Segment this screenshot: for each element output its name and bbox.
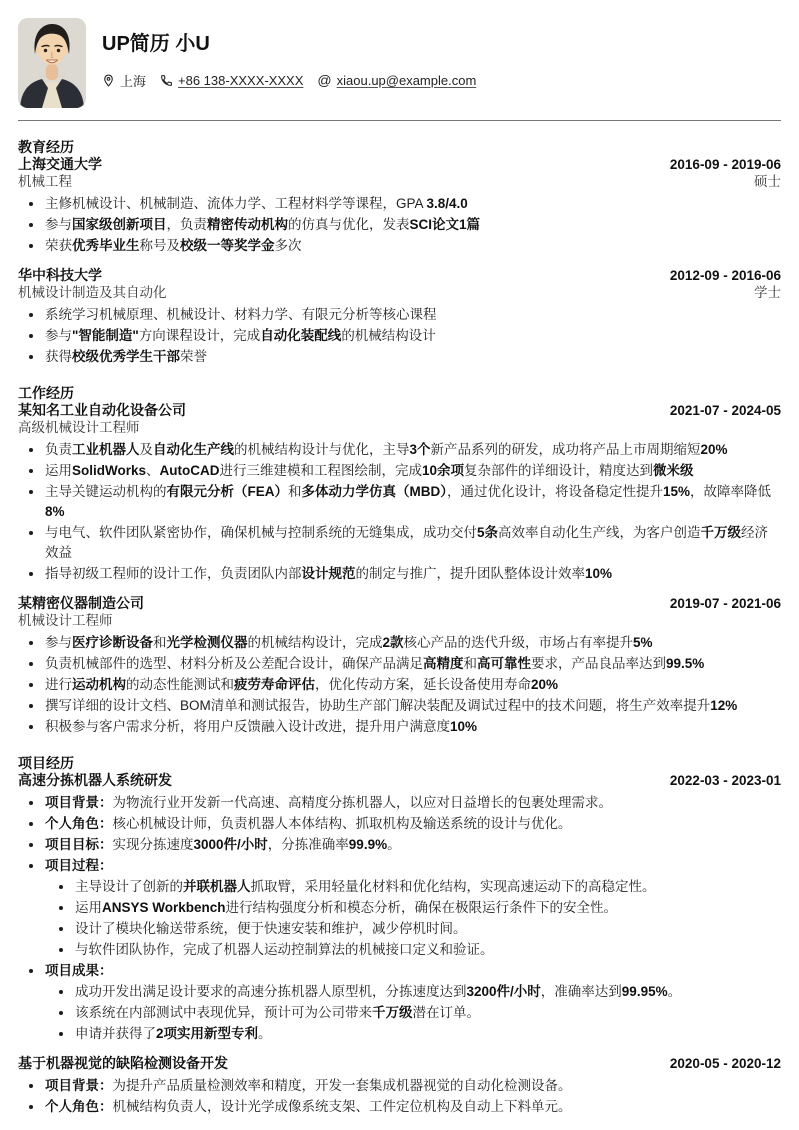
- bullet-item: 与电气、软件团队紧密协作，确保机械与控制系统的无缝集成，成功交付5条高效率自动化…: [18, 523, 781, 563]
- sub-bullet-item: 主导设计了创新的并联机器人抓取臂，采用轻量化材料和优化结构，实现高速运动下的高稳…: [18, 877, 781, 897]
- bullet-item: 参与国家级创新项目，负责精密传动机构的仿真与优化，发表SCI论文1篇: [18, 215, 781, 235]
- entry-degree: 硕士: [754, 173, 781, 190]
- sub-bullet-item: 申请并获得了2项实用新型专利。: [18, 1024, 781, 1044]
- bullet-item: 进行运动机构的动态性能测试和疲劳寿命评估，优化传动方案，延长设备使用寿命20%: [18, 675, 781, 695]
- phone-link[interactable]: +86 138-XXXX-XXXX: [178, 73, 303, 88]
- contact-row: 上海 +86 138-XXXX-XXXX @ xiaou.up@example.…: [102, 71, 476, 90]
- entry-title: 上海交通大学: [18, 156, 102, 173]
- bullet-item: 积极参与客户需求分析，将用户反馈融入设计改进，提升用户满意度10%: [18, 717, 781, 737]
- candidate-name: UP简历 小U: [102, 32, 476, 56]
- entry-title: 某知名工业自动化设备公司: [18, 402, 186, 419]
- bullet-item: 个人角色：机械结构负责人，设计光学成像系统支架、工件定位机构及自动上下料单元。: [18, 1097, 781, 1117]
- section-title-projects: 项目经历: [18, 755, 781, 772]
- sub-bullet-item: 与软件团队协作，完成了机器人运动控制算法的机械接口定义和验证。: [18, 940, 781, 960]
- sub-bullet-item: 该系统在内部测试中表现优异，预计可为公司带来千万级潜在订单。: [18, 1003, 781, 1023]
- location-text: 上海: [120, 71, 146, 90]
- bullet-item: 参与医疗诊断设备和光学检测仪器的机械结构设计，完成2款核心产品的迭代升级，市场占…: [18, 633, 781, 653]
- section-title-work: 工作经历: [18, 385, 781, 402]
- bullet-item: 项目背景：为物流行业开发新一代高速、高精度分拣机器人，以应对日益增长的包裹处理需…: [18, 793, 781, 813]
- entry-date: 2020-05 - 2020-12: [670, 1055, 781, 1072]
- entry-title: 高速分拣机器人系统研发: [18, 772, 172, 789]
- bullet-item: 系统学习机械原理、机械设计、材料力学、有限元分析等核心课程: [18, 305, 781, 325]
- phone-icon: [160, 74, 173, 87]
- entry-subtitle: 高级机械设计工程师: [18, 419, 140, 436]
- at-icon: @: [317, 74, 331, 87]
- location-item: 上海: [102, 71, 146, 90]
- entry-date: 2022-03 - 2023-01: [670, 772, 781, 789]
- entry-title: 华中科技大学: [18, 267, 102, 284]
- entry: 某精密仪器制造公司2019-07 - 2021-06机械设计工程师参与医疗诊断设…: [18, 595, 781, 737]
- bullet-item: 项目背景：为提升产品质量检测效率和精度，开发一套集成机器视觉的自动化检测设备。: [18, 1076, 781, 1096]
- bullet-item: 获得校级优秀学生干部荣誉: [18, 347, 781, 367]
- bullet-item: 主修机械设计、机械制造、流体力学、工程材料学等课程，GPA 3.8/4.0: [18, 194, 781, 214]
- location-pin-icon: [102, 74, 115, 87]
- sub-bullet-item: 成功开发出满足设计要求的高速分拣机器人原型机，分拣速度达到3200件/小时，准确…: [18, 982, 781, 1002]
- bullet-item: 负责工业机器人及自动化生产线的机械结构设计与优化，主导3个新产品系列的研发，成功…: [18, 440, 781, 460]
- bullet-item: 项目目标：实现分拣速度3000件/小时，分拣准确率99.9%。: [18, 835, 781, 855]
- section-title-education: 教育经历: [18, 139, 781, 156]
- bullet-item: 指导初级工程师的设计工作，负责团队内部设计规范的制定与推广，提升团队整体设计效率…: [18, 564, 781, 584]
- section-education: 教育经历上海交通大学2016-09 - 2019-06机械工程硕士主修机械设计、…: [18, 139, 781, 367]
- entry: 某知名工业自动化设备公司2021-07 - 2024-05高级机械设计工程师负责…: [18, 402, 781, 584]
- resume-body: 教育经历上海交通大学2016-09 - 2019-06机械工程硕士主修机械设计、…: [18, 139, 781, 1117]
- entry-title: 基于机器视觉的缺陷检测设备开发: [18, 1055, 228, 1072]
- entry-date: 2019-07 - 2021-06: [670, 595, 781, 612]
- bullet-item: 负责机械部件的选型、材料分析及公差配合设计，确保产品满足高精度和高可靠性要求，产…: [18, 654, 781, 674]
- bullet-item: 项目过程：: [18, 856, 781, 876]
- bullet-item: 项目成果：: [18, 961, 781, 981]
- bullet-item: 运用SolidWorks、AutoCAD进行三维建模和工程图绘制，完成10余项复…: [18, 461, 781, 481]
- entry: 上海交通大学2016-09 - 2019-06机械工程硕士主修机械设计、机械制造…: [18, 156, 781, 256]
- entry: 华中科技大学2012-09 - 2016-06机械设计制造及其自动化学士系统学习…: [18, 267, 781, 367]
- avatar: [18, 18, 86, 108]
- resume-header: UP简历 小U 上海 +86 138-XXXX-XXXX @: [18, 18, 781, 108]
- bullet-item: 主导关键运动机构的有限元分析（FEA）和多体动力学仿真（MBD），通过优化设计，…: [18, 482, 781, 522]
- section-work: 工作经历某知名工业自动化设备公司2021-07 - 2024-05高级机械设计工…: [18, 385, 781, 737]
- entry-degree: 学士: [754, 284, 781, 301]
- email-link[interactable]: xiaou.up@example.com: [337, 73, 477, 88]
- bullet-item: 撰写详细的设计文档、BOM清单和测试报告，协助生产部门解决装配及调试过程中的技术…: [18, 696, 781, 716]
- phone-item: +86 138-XXXX-XXXX: [160, 73, 303, 88]
- entry-date: 2016-09 - 2019-06: [670, 156, 781, 173]
- header-text-block: UP简历 小U 上海 +86 138-XXXX-XXXX @: [102, 18, 476, 108]
- header-divider: [18, 120, 781, 121]
- entry-subtitle: 机械设计制造及其自动化: [18, 284, 167, 301]
- entry-subtitle: 机械设计工程师: [18, 612, 113, 629]
- sub-bullet-item: 运用ANSYS Workbench进行结构强度分析和模态分析，确保在极限运行条件…: [18, 898, 781, 918]
- resume-page: UP简历 小U 上海 +86 138-XXXX-XXXX @: [0, 0, 799, 1117]
- entry: 基于机器视觉的缺陷检测设备开发2020-05 - 2020-12项目背景：为提升…: [18, 1055, 781, 1117]
- bullet-item: 个人角色：核心机械设计师，负责机器人本体结构、抓取机构及输送系统的设计与优化。: [18, 814, 781, 834]
- profile-photo-illustration: [18, 18, 86, 108]
- entry: 高速分拣机器人系统研发2022-03 - 2023-01项目背景：为物流行业开发…: [18, 772, 781, 1044]
- entry-date: 2012-09 - 2016-06: [670, 267, 781, 284]
- sub-bullet-item: 设计了模块化输送带系统，便于快速安装和维护，减少停机时间。: [18, 919, 781, 939]
- bullet-item: 参与"智能制造"方向课程设计，完成自动化装配线的机械结构设计: [18, 326, 781, 346]
- email-item: @ xiaou.up@example.com: [317, 73, 476, 88]
- section-projects: 项目经历高速分拣机器人系统研发2022-03 - 2023-01项目背景：为物流…: [18, 755, 781, 1117]
- entry-title: 某精密仪器制造公司: [18, 595, 144, 612]
- entry-subtitle: 机械工程: [18, 173, 72, 190]
- bullet-item: 荣获优秀毕业生称号及校级一等奖学金多次: [18, 236, 781, 256]
- entry-date: 2021-07 - 2024-05: [670, 402, 781, 419]
